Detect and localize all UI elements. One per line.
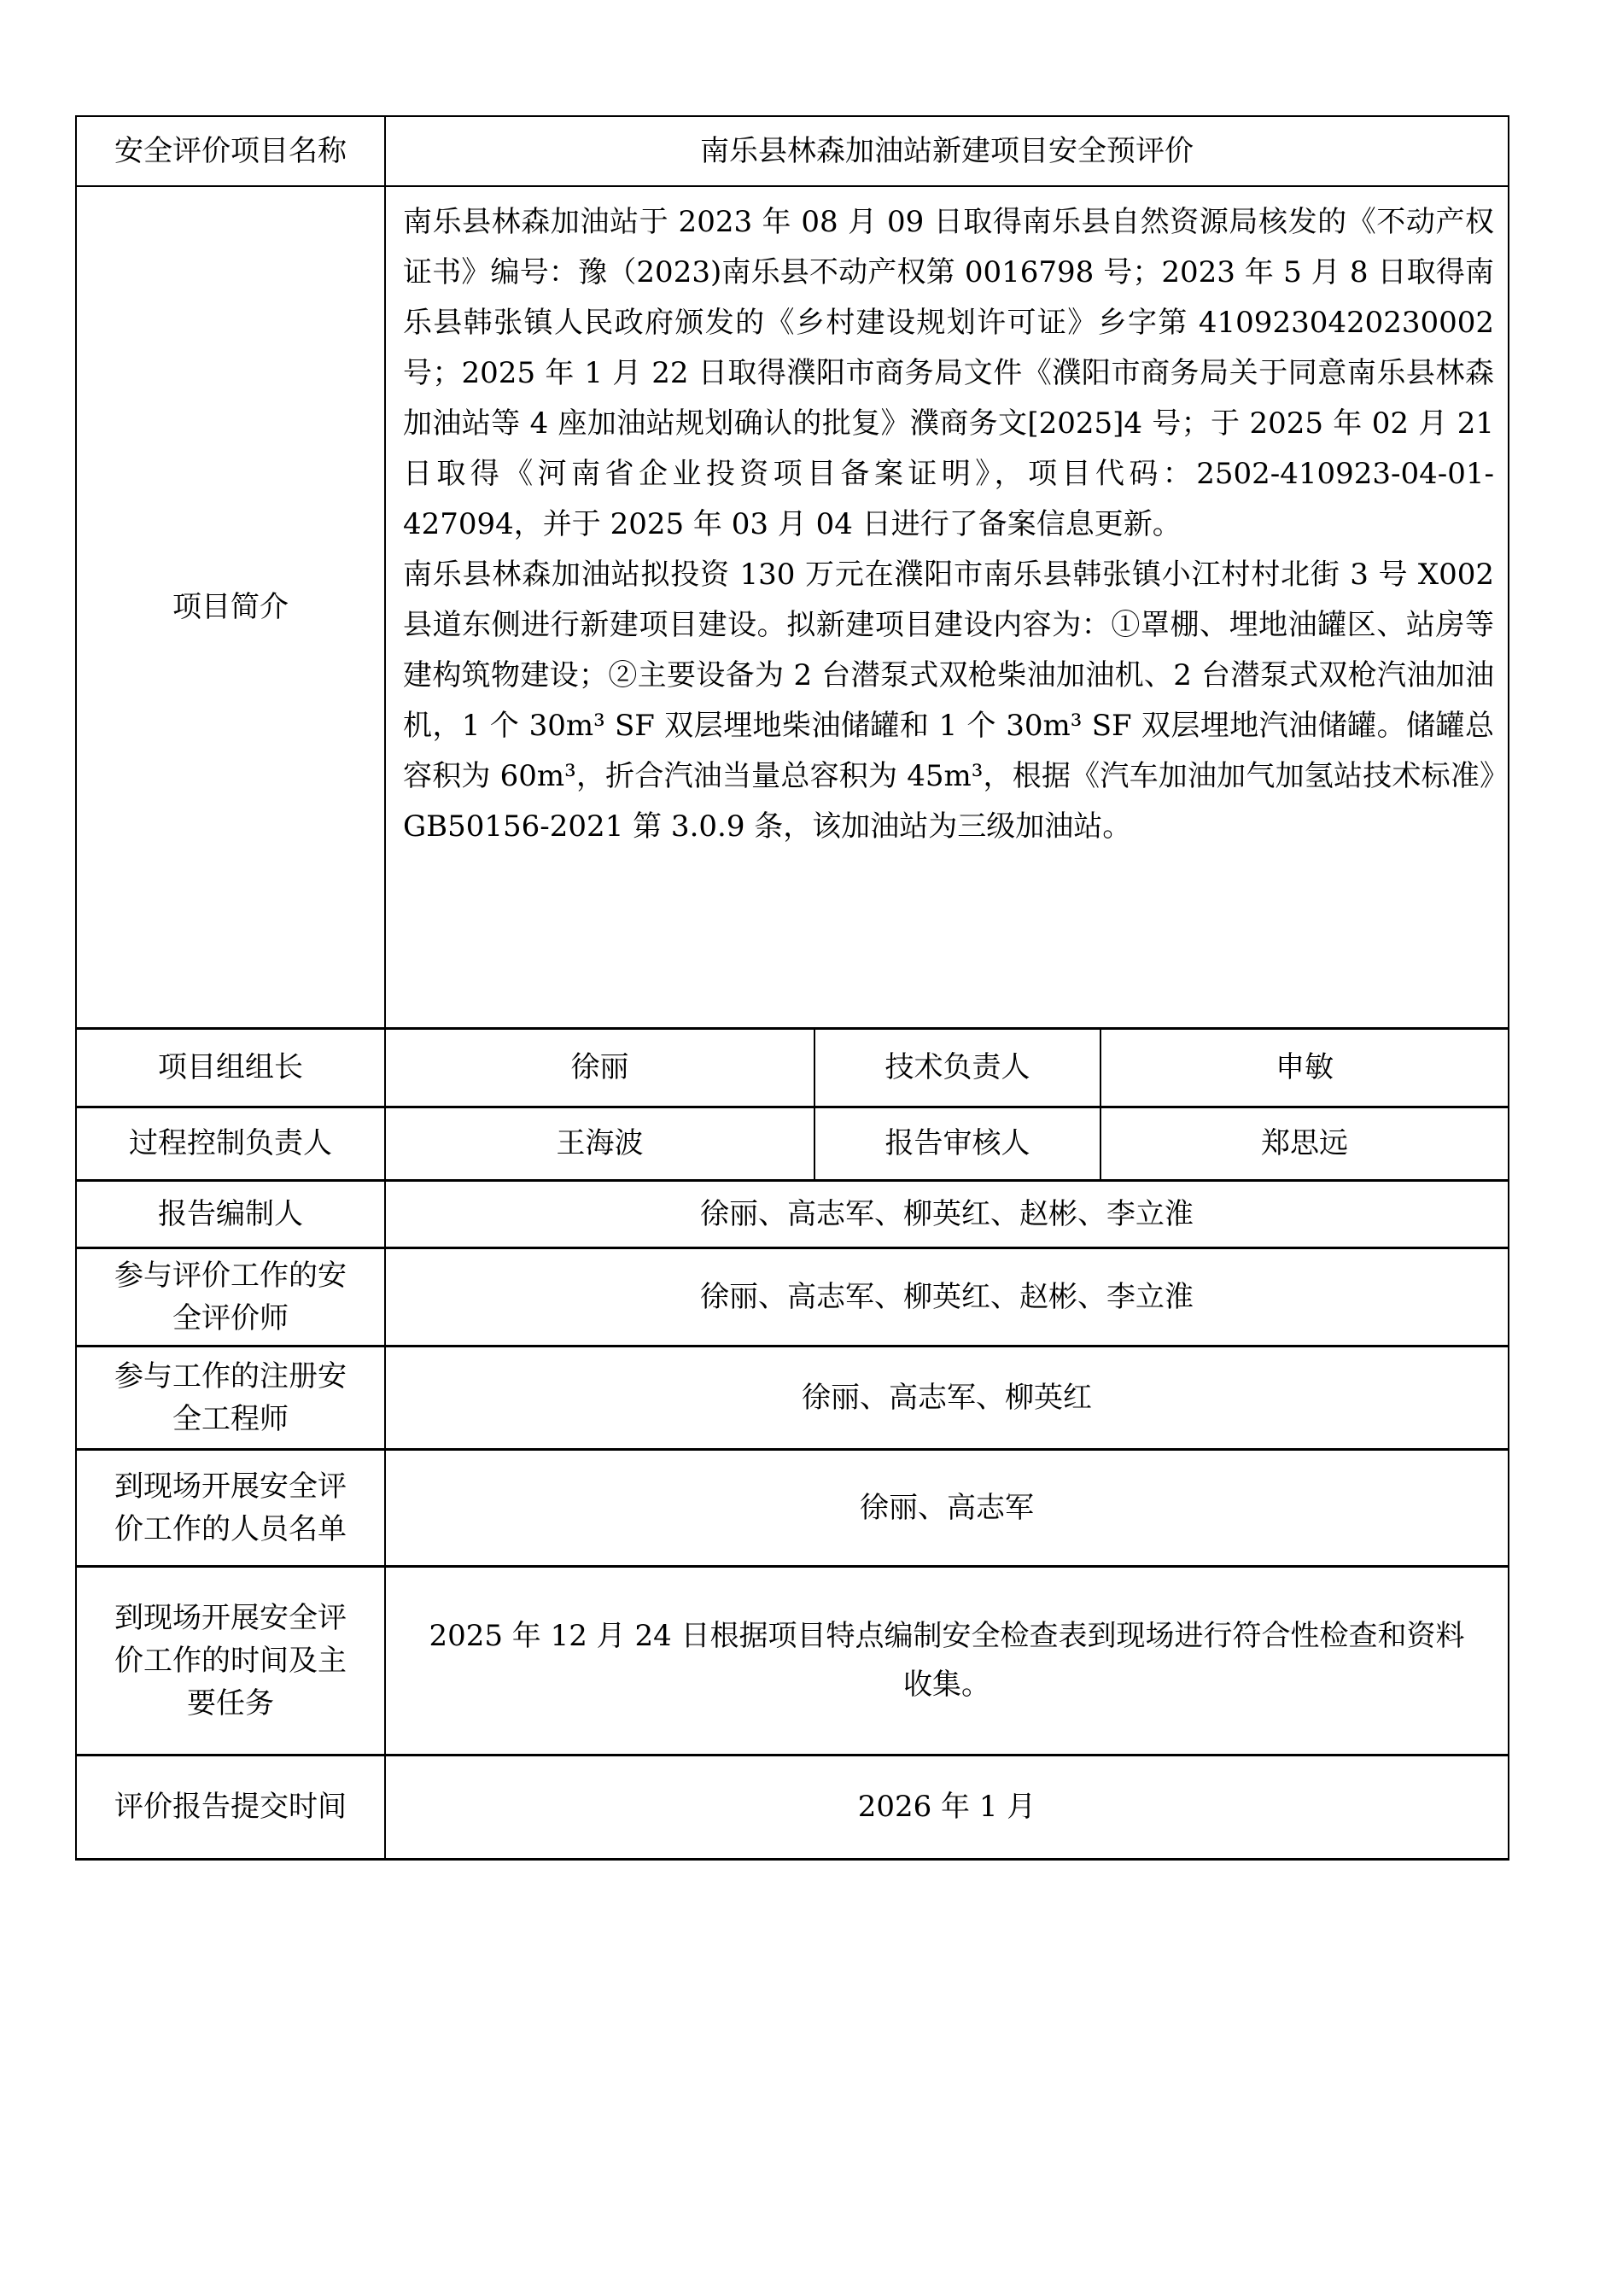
document-page: { "table": { "rows": { "r1": { "label": … (0, 0, 1623, 2296)
site-personnel-label: 到现场开展安全评价工作的人员名单 (76, 1449, 385, 1566)
safety-evaluation-info-table: 安全评价项目名称 南乐县林森加油站新建项目安全预评价 项目简介 南乐县林森加油站… (75, 115, 1509, 1861)
project-intro-label: 项目简介 (76, 186, 385, 1028)
technical-lead-label: 技术负责人 (814, 1028, 1100, 1107)
registered-safety-engineers-value: 徐丽、高志军、柳英红 (385, 1346, 1509, 1449)
project-intro-paragraph-2: 南乐县林森加油站拟投资 130 万元在濮阳市南乐县韩张镇小江村村北街 3 号 X… (403, 550, 1494, 852)
team-leader-label: 项目组组长 (76, 1028, 385, 1107)
site-personnel-value: 徐丽、高志军 (385, 1449, 1509, 1566)
safety-evaluators-value: 徐丽、高志军、柳英红、赵彬、李立淮 (385, 1247, 1509, 1346)
technical-lead-value: 申敏 (1100, 1028, 1509, 1107)
project-intro-paragraph-1: 南乐县林森加油站于 2023 年 08 月 09 日取得南乐县自然资源局核发的《… (403, 197, 1494, 550)
project-name-label: 安全评价项目名称 (76, 116, 385, 186)
site-work-time-task-value: 2025 年 12 月 24 日根据项目特点编制安全检查表到现场进行符合性检查和… (385, 1566, 1509, 1755)
project-intro-text: 南乐县林森加油站于 2023 年 08 月 09 日取得南乐县自然资源局核发的《… (385, 186, 1509, 1028)
report-writers-label: 报告编制人 (76, 1180, 385, 1247)
team-leader-value: 徐丽 (385, 1028, 814, 1107)
report-reviewer-value: 郑思远 (1100, 1107, 1509, 1180)
report-writers-value: 徐丽、高志军、柳英红、赵彬、李立淮 (385, 1180, 1509, 1247)
safety-evaluators-label: 参与评价工作的安全评价师 (76, 1247, 385, 1346)
process-control-lead-value: 王海波 (385, 1107, 814, 1180)
report-reviewer-label: 报告审核人 (814, 1107, 1100, 1180)
project-name-value: 南乐县林森加油站新建项目安全预评价 (385, 116, 1509, 186)
process-control-lead-label: 过程控制负责人 (76, 1107, 385, 1180)
report-submission-time-label: 评价报告提交时间 (76, 1755, 385, 1859)
report-submission-time-value: 2026 年 1 月 (385, 1755, 1509, 1859)
registered-safety-engineers-label: 参与工作的注册安全工程师 (76, 1346, 385, 1449)
site-work-time-task-label: 到现场开展安全评价工作的时间及主要任务 (76, 1566, 385, 1755)
